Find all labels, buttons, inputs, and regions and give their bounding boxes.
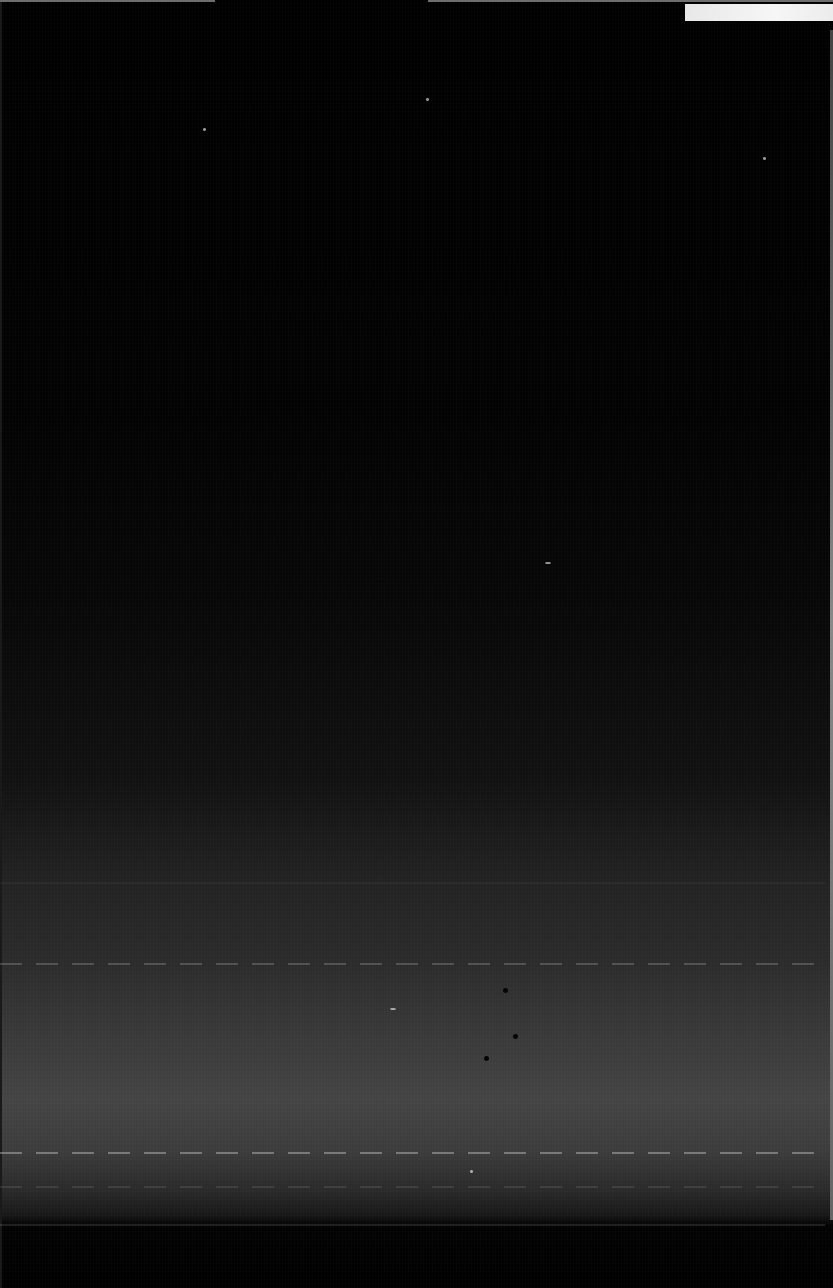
dark-speck — [484, 1056, 489, 1061]
dust-speck — [763, 157, 766, 160]
scan-noise-overlay — [0, 0, 833, 1288]
scan-streak — [0, 1152, 825, 1154]
dark-speck — [513, 1034, 518, 1039]
scan-streak — [0, 963, 825, 965]
dark-speck — [503, 988, 508, 993]
white-corner-tab — [685, 4, 833, 21]
scan-streak — [0, 1224, 825, 1226]
scan-streak — [0, 882, 825, 884]
left-page-edge — [0, 0, 2, 1288]
dust-speck — [545, 562, 551, 564]
top-edge-strip-left — [0, 0, 215, 2]
dust-speck — [426, 98, 429, 101]
dark-scanned-page — [0, 0, 833, 1288]
scan-streak — [0, 1186, 825, 1188]
dust-speck — [203, 128, 206, 131]
dust-speck — [470, 1170, 473, 1173]
dust-speck — [390, 1008, 396, 1010]
top-edge-strip-right — [428, 0, 833, 2]
